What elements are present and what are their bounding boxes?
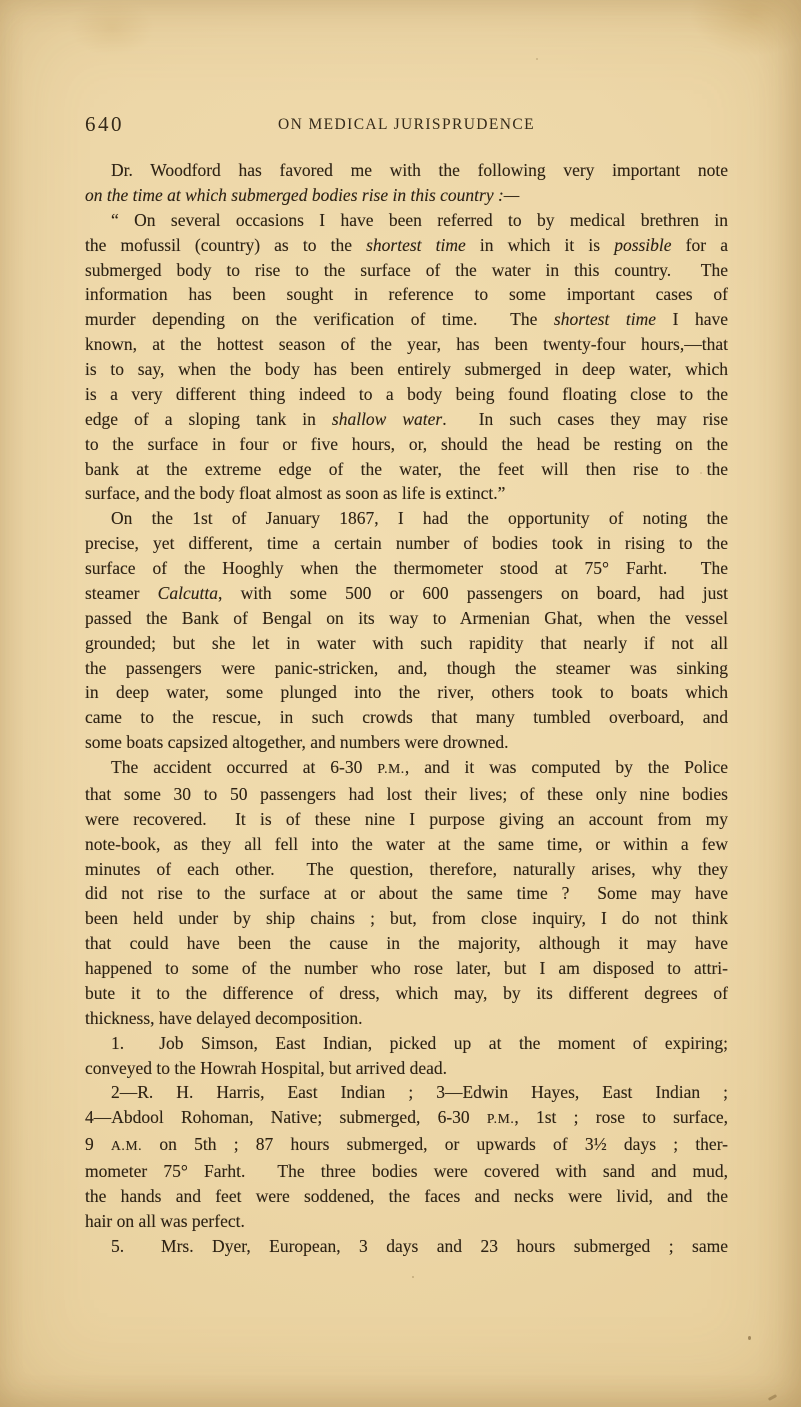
body-text: , 1st ; rose to surface,: [514, 1107, 728, 1127]
body-text: did not rise to the surface at or about …: [85, 883, 728, 903]
smallcaps-text: P.M.: [487, 1111, 514, 1126]
text-line: in deep water, some plunged into the riv…: [85, 680, 728, 705]
page-text: Dr. Woodford has favored me with the fol…: [85, 158, 728, 1259]
body-text: mometer 75° Farht. The three bodies were…: [85, 1161, 728, 1181]
smallcaps-text: P.M.: [377, 761, 404, 776]
body-text: hair on all was perfect.: [85, 1211, 245, 1231]
text-line: Dr. Woodford has favored me with the fol…: [85, 158, 728, 183]
text-line: were recovered. It is of these nine I pu…: [85, 807, 728, 832]
text-line: bute it to the difference of dress, whic…: [85, 981, 728, 1006]
body-text: 9: [85, 1134, 111, 1154]
body-text: surface, and the body float almost as so…: [85, 483, 505, 503]
text-line: 1. Job Simson, East Indian, picked up at…: [85, 1031, 728, 1056]
body-text: Dr. Woodford has favored me with the fol…: [111, 160, 728, 180]
paper-speck: [412, 1276, 414, 1278]
body-text: edge of a sloping tank in: [85, 409, 332, 429]
text-line: that could have been the cause in the ma…: [85, 931, 728, 956]
text-line: thickness, have delayed decomposition.: [85, 1006, 728, 1031]
text-line: 4—Abdool Rohoman, Native; submerged, 6-3…: [85, 1105, 728, 1132]
italic-text: shortest time: [554, 309, 656, 329]
body-text: , with some 500 or 600 passengers on boa…: [218, 583, 728, 603]
body-text: thickness, have delayed decomposition.: [85, 1008, 363, 1028]
body-text: bank at the extreme edge of the water, t…: [85, 459, 728, 479]
running-title: ON MEDICAL JURISPRUDENCE: [85, 116, 728, 134]
italic-text: Calcutta: [158, 583, 218, 603]
text-line: grounded; but she let in water with such…: [85, 631, 728, 656]
body-text: surface of the Hooghly when the thermome…: [85, 558, 728, 578]
paper-speck: [700, 472, 702, 474]
body-text: passed the Bank of Bengal on its way to …: [85, 608, 728, 628]
text-line: mometer 75° Farht. The three bodies were…: [85, 1159, 728, 1184]
body-text: 2—R. H. Harris, East Indian ; 3—Edwin Ha…: [111, 1082, 728, 1102]
body-text: on 5th ; 87 hours submerged, or upwards …: [142, 1134, 728, 1154]
text-line: 5. Mrs. Dyer, European, 3 days and 23 ho…: [85, 1234, 728, 1259]
text-line: some boats capsized altogether, and numb…: [85, 730, 728, 755]
italic-text: on the time at which submerged bodies ri…: [85, 185, 519, 205]
text-line: the mofussil (country) as to the shortes…: [85, 233, 728, 258]
body-text: precise, yet different, time a certain n…: [85, 533, 728, 553]
body-text: the mofussil (country) as to the: [85, 235, 366, 255]
body-text: is to say, when the body has been entire…: [85, 359, 728, 379]
text-line: 2—R. H. Harris, East Indian ; 3—Edwin Ha…: [85, 1080, 728, 1105]
text-line: to the surface in four or five hours, or…: [85, 432, 728, 457]
body-text: I have: [656, 309, 728, 329]
text-line: submerged body to rise to the surface of…: [85, 258, 728, 283]
body-text: happened to some of the number who rose …: [85, 958, 728, 978]
text-line: surface, and the body float almost as so…: [85, 481, 728, 506]
text-line: conveyed to the Howrah Hospital, but arr…: [85, 1056, 728, 1081]
text-line: 9 A.M. on 5th ; 87 hours submerged, or u…: [85, 1132, 728, 1159]
paper-speck: [536, 58, 538, 60]
text-line: bank at the extreme edge of the water, t…: [85, 457, 728, 482]
body-text: submerged body to rise to the surface of…: [85, 260, 728, 280]
body-text: information has been sought in reference…: [85, 284, 728, 304]
body-text: note-book, as they all fell into the wat…: [85, 834, 728, 854]
text-line: did not rise to the surface at or about …: [85, 881, 728, 906]
text-line: murder depending on the verification of …: [85, 307, 728, 332]
body-text: in deep water, some plunged into the riv…: [85, 682, 728, 702]
body-text: in which it is: [466, 235, 614, 255]
body-text: minutes of each other. The question, the…: [85, 859, 728, 879]
text-line: On the 1st of January 1867, I had the op…: [85, 506, 728, 531]
text-line: known, at the hottest season of the year…: [85, 332, 728, 357]
italic-text: shortest time: [366, 235, 466, 255]
body-text: were recovered. It is of these nine I pu…: [85, 809, 728, 829]
text-line: that some 30 to 50 passengers had lost t…: [85, 782, 728, 807]
text-line: passed the Bank of Bengal on its way to …: [85, 606, 728, 631]
body-text: grounded; but she let in water with such…: [85, 633, 728, 653]
body-text: “ On several occasions I have been refer…: [111, 210, 728, 230]
body-text: 5. Mrs. Dyer, European, 3 days and 23 ho…: [111, 1236, 728, 1256]
text-line: the passengers were panic-stricken, and,…: [85, 656, 728, 681]
body-text: came to the rescue, in such crowds that …: [85, 707, 728, 727]
body-text: that some 30 to 50 passengers had lost t…: [85, 784, 728, 804]
text-line: surface of the Hooghly when the thermome…: [85, 556, 728, 581]
body-text: that could have been the cause in the ma…: [85, 933, 728, 953]
body-text: 1. Job Simson, East Indian, picked up at…: [111, 1033, 728, 1053]
body-text: bute it to the difference of dress, whic…: [85, 983, 728, 1003]
body-text: the passengers were panic-stricken, and,…: [85, 658, 728, 678]
text-line: hair on all was perfect.: [85, 1209, 728, 1234]
body-text: On the 1st of January 1867, I had the op…: [111, 508, 728, 528]
body-text: 4—Abdool Rohoman, Native; submerged, 6-3…: [85, 1107, 487, 1127]
text-line: the hands and feet were soddened, the fa…: [85, 1184, 728, 1209]
body-text: . In such cases they may rise: [442, 409, 728, 429]
smallcaps-text: A.M.: [111, 1138, 142, 1153]
body-text: to the surface in four or five hours, or…: [85, 434, 728, 454]
text-line: been held under by ship chains ; but, fr…: [85, 906, 728, 931]
text-line: on the time at which submerged bodies ri…: [85, 183, 728, 208]
italic-text: shallow water: [332, 409, 442, 429]
text-line: minutes of each other. The question, the…: [85, 857, 728, 882]
text-line: “ On several occasions I have been refer…: [85, 208, 728, 233]
italic-text: possible: [614, 235, 671, 255]
body-text: some boats capsized altogether, and numb…: [85, 732, 509, 752]
text-line: note-book, as they all fell into the wat…: [85, 832, 728, 857]
body-text: murder depending on the verification of …: [85, 309, 554, 329]
body-text: the hands and feet were soddened, the fa…: [85, 1186, 728, 1206]
body-text: been held under by ship chains ; but, fr…: [85, 908, 728, 928]
text-line: happened to some of the number who rose …: [85, 956, 728, 981]
text-line: steamer Calcutta, with some 500 or 600 p…: [85, 581, 728, 606]
paper-speck: [748, 1336, 751, 1340]
paper-scratch: [768, 1394, 777, 1401]
text-line: information has been sought in reference…: [85, 282, 728, 307]
page-header: 640 ON MEDICAL JURISPRUDENCE: [85, 112, 728, 140]
text-line: came to the rescue, in such crowds that …: [85, 705, 728, 730]
book-page: 640 ON MEDICAL JURISPRUDENCE Dr. Woodfor…: [0, 0, 801, 1407]
body-text: The accident occurred at 6-30: [111, 757, 377, 777]
body-text: steamer: [85, 583, 158, 603]
body-text: , and it was computed by the Police: [405, 757, 728, 777]
body-text: is a very different thing indeed to a bo…: [85, 384, 728, 404]
text-line: is a very different thing indeed to a bo…: [85, 382, 728, 407]
body-text: conveyed to the Howrah Hospital, but arr…: [85, 1058, 447, 1078]
text-line: The accident occurred at 6-30 P.M., and …: [85, 755, 728, 782]
text-line: is to say, when the body has been entire…: [85, 357, 728, 382]
body-text: for a: [672, 235, 728, 255]
text-line: precise, yet different, time a certain n…: [85, 531, 728, 556]
body-text: known, at the hottest season of the year…: [85, 334, 728, 354]
text-line: edge of a sloping tank in shallow water.…: [85, 407, 728, 432]
